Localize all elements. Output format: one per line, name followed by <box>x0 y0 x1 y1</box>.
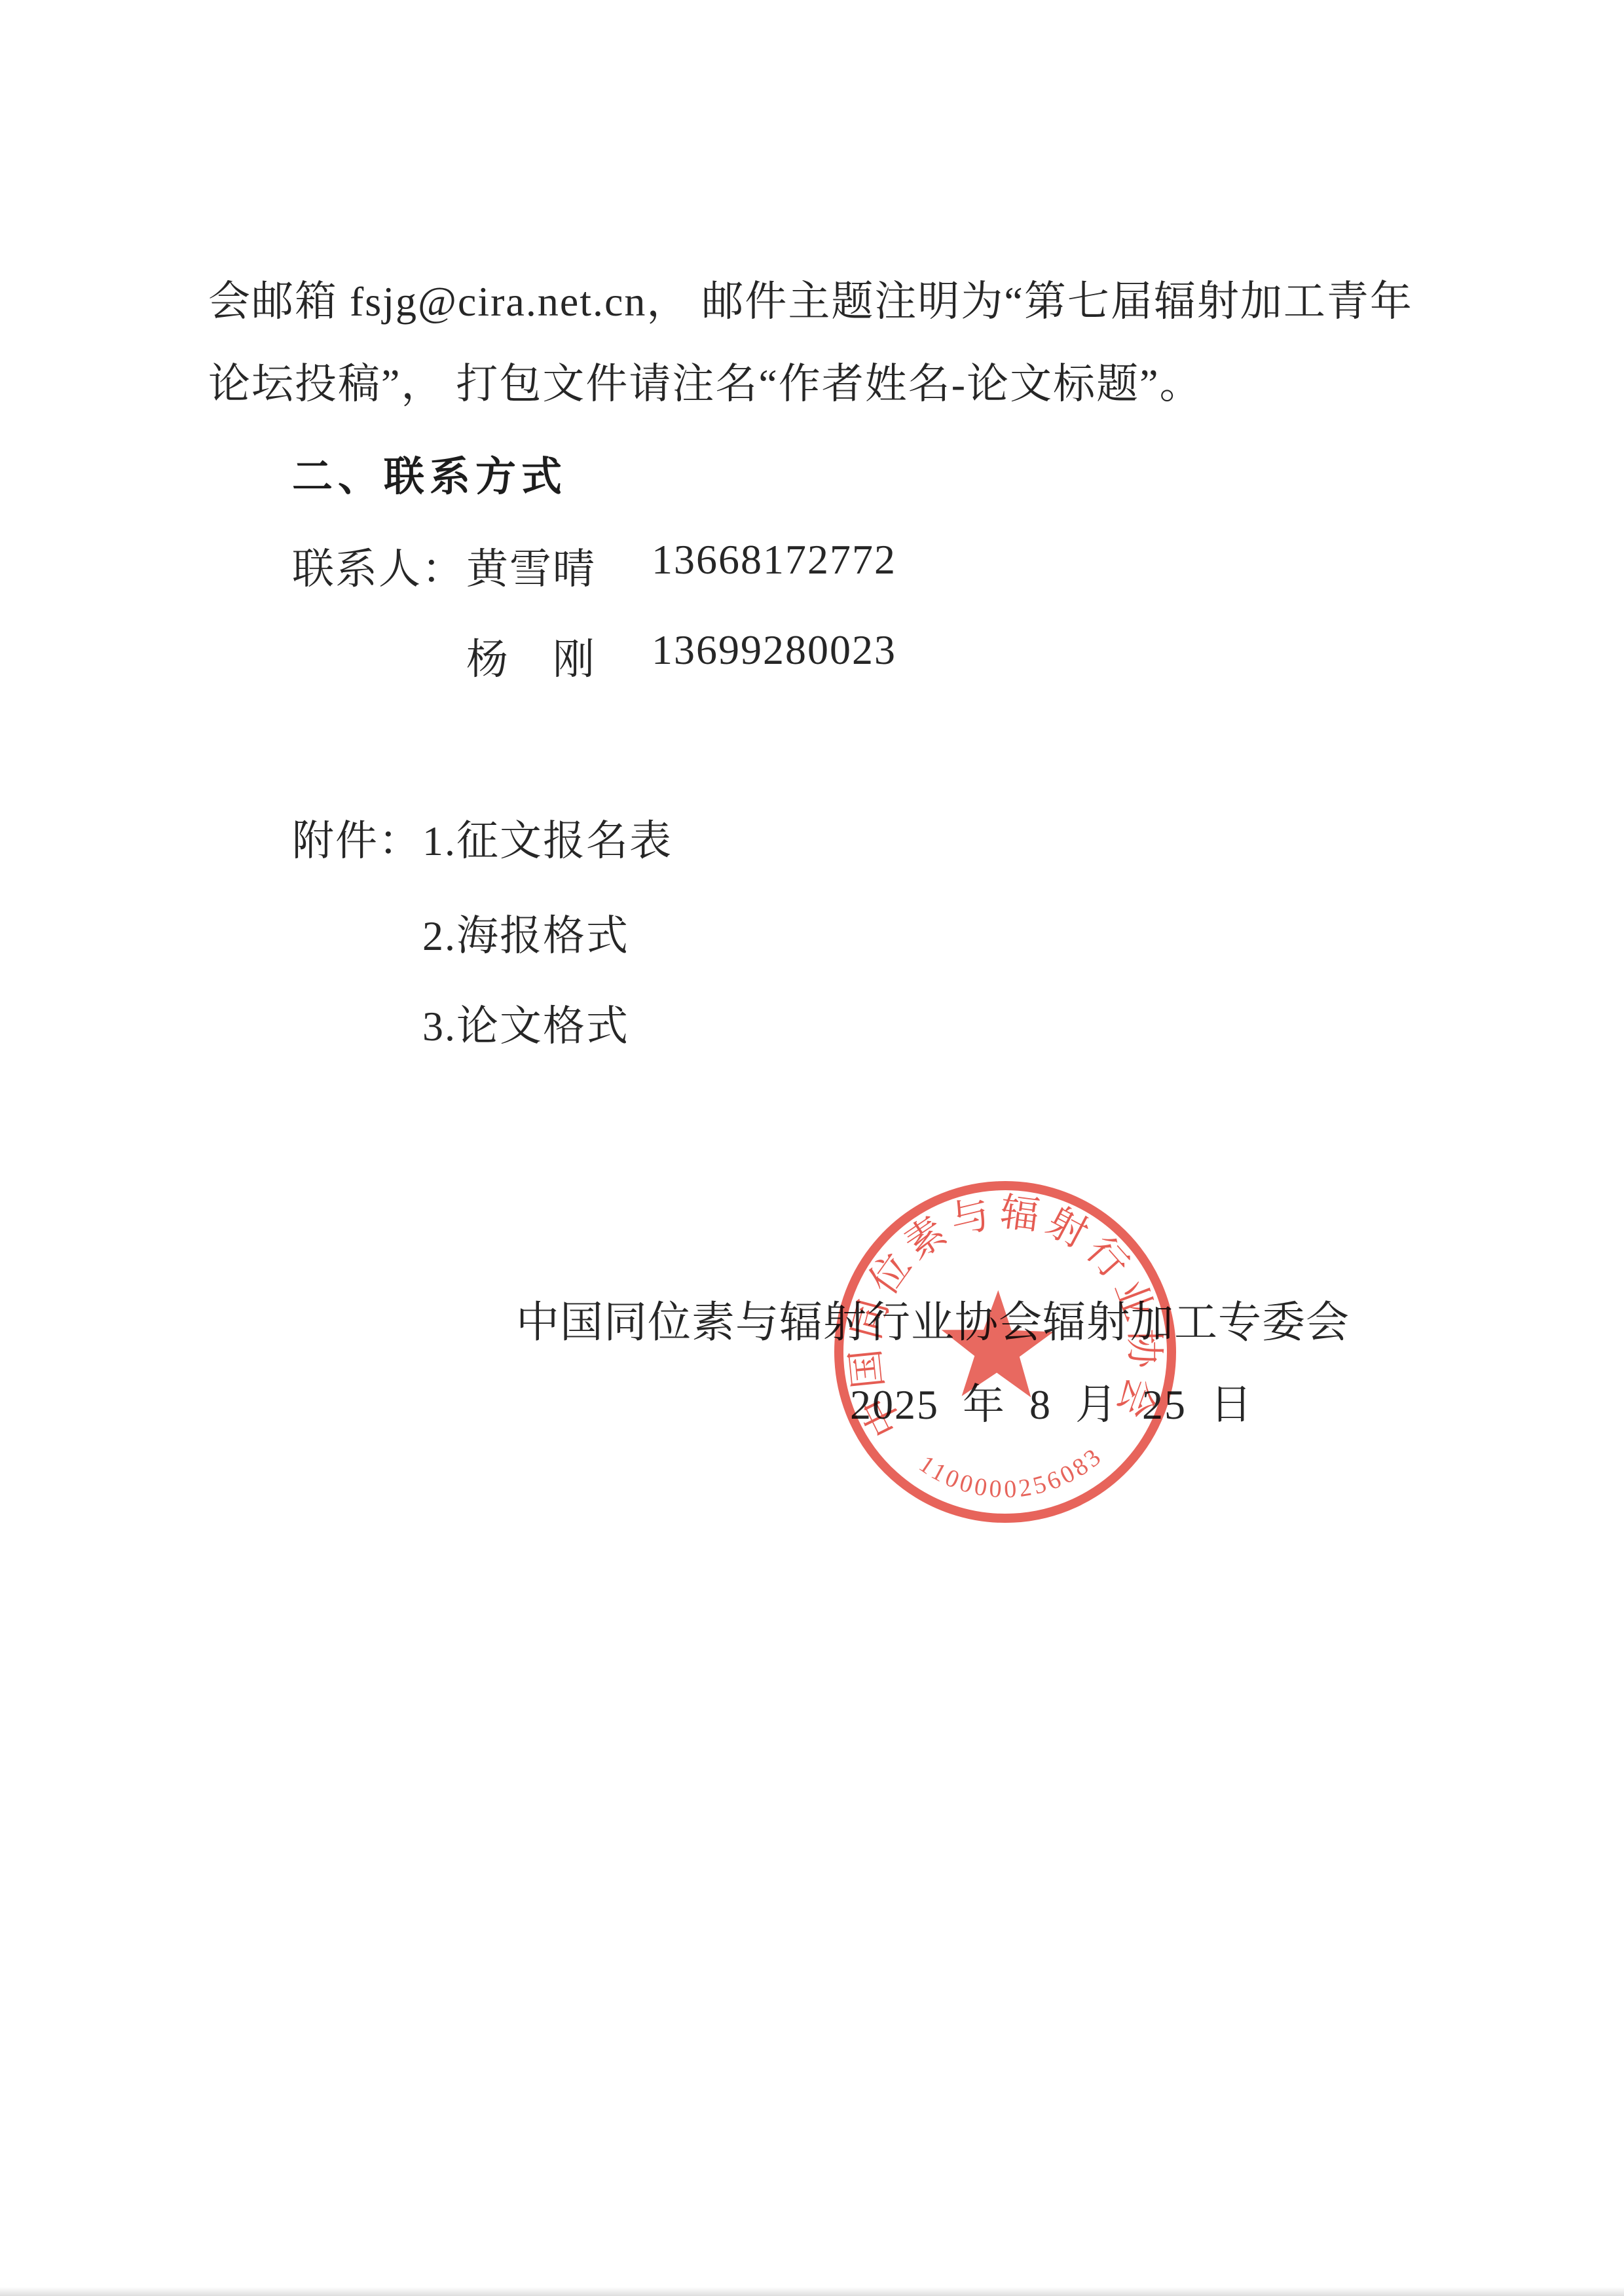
document-page: 会邮箱 fsjg@cira.net.cn， 邮件主题注明为“第七届辐射加工青年 … <box>0 0 1624 2296</box>
attachments-label: 附件： <box>292 807 422 867</box>
red-star-icon <box>940 1289 1054 1398</box>
paragraph-continuation: 会邮箱 fsjg@cira.net.cn， 邮件主题注明为“第七届辐射加工青年 … <box>208 261 1420 426</box>
contact-label: 联系人： <box>292 536 465 596</box>
contact-phone-2: 13699280023 <box>652 626 896 674</box>
paragraph-line-2: 论坛投稿”， 打包文件请注名“作者姓名-论文标题”。 <box>208 361 1203 407</box>
contact-name-2: 杨 刚 <box>466 626 630 686</box>
official-seal: 中国同位素与辐射行业协会 1100000256083 <box>799 1146 1212 1559</box>
section-heading: 二、联系方式 <box>292 444 567 502</box>
contact-name-1: 黄雪晴 <box>466 536 630 596</box>
attachment-item-2: 2.海报格式 <box>422 902 629 962</box>
attachment-item-3: 3.论文格式 <box>422 993 629 1053</box>
contact-phone-1: 13668172772 <box>652 536 896 584</box>
attachment-item-1: 1.征文报名表 <box>422 807 673 867</box>
paragraph-line-1: 会邮箱 fsjg@cira.net.cn， 邮件主题注明为“第七届辐射加工青年 <box>208 261 1413 343</box>
scan-edge-shadow <box>0 2287 1624 2296</box>
